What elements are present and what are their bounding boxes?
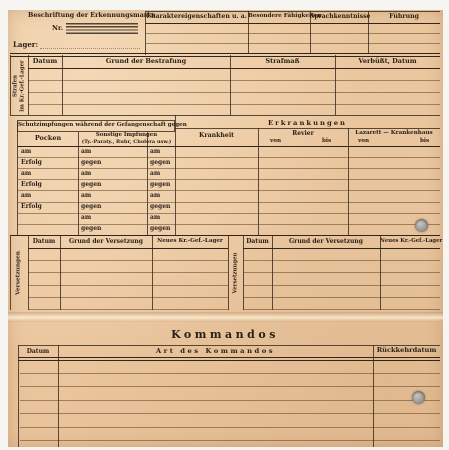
rule <box>348 128 349 235</box>
struck-out-number <box>66 23 138 34</box>
fold-crease <box>8 312 443 322</box>
rule <box>228 235 229 310</box>
rule <box>17 157 440 158</box>
rule <box>20 386 440 387</box>
other-vacc-row-label: am <box>81 214 91 221</box>
rule <box>17 146 440 147</box>
rule <box>28 260 228 261</box>
rule <box>145 23 440 24</box>
pocken-row-label: am <box>21 170 31 177</box>
pocken-row-label: Erfolg <box>21 159 42 166</box>
rule <box>335 55 336 115</box>
rule <box>62 55 63 115</box>
punishments-col-served: Verbüßt, Datum <box>335 58 440 66</box>
rule <box>28 248 228 249</box>
kommandos-col-type: Art des Kommandos <box>58 347 373 355</box>
pocken-row-label: am <box>21 148 31 155</box>
rule <box>145 11 440 12</box>
rule <box>28 92 440 93</box>
rule <box>380 235 381 310</box>
rule <box>17 179 440 180</box>
illnesses-col-revier: Revier <box>258 130 348 137</box>
paper-sheet <box>8 10 443 447</box>
nr-label: Nr. <box>52 25 63 33</box>
illnesses-col-disease: Krankheit <box>175 132 258 139</box>
rule <box>18 360 440 361</box>
rule <box>28 272 228 273</box>
rule <box>20 373 440 374</box>
other-vacc-row-label: am <box>81 192 91 199</box>
pocken-row-label: Erfolg <box>21 203 42 210</box>
revier-von-label: von <box>270 138 281 145</box>
other-vacc-row-label: am <box>150 214 160 221</box>
other-vacc-row-label: gegen <box>81 181 101 188</box>
vaccinations-col-other-1: Sonstige Impfungen <box>78 132 175 138</box>
other-vacc-row-label: am <box>150 192 160 199</box>
punch-hole <box>415 219 428 232</box>
traits-col-languages: Sprachkenntnisse <box>310 13 368 20</box>
rule <box>230 55 231 115</box>
rule <box>10 235 440 236</box>
rule <box>58 345 59 447</box>
other-vacc-row-label: am <box>81 170 91 177</box>
rule <box>10 55 11 115</box>
punch-hole <box>412 391 425 404</box>
lazarett-bis-label: bis <box>420 138 429 145</box>
rule <box>28 55 29 115</box>
other-vacc-row-label: gegen <box>150 203 170 210</box>
rule <box>28 68 440 69</box>
rule <box>10 235 11 310</box>
transfers-left-col-newcamp: Neues Kr.-Gef.-Lager <box>152 238 228 245</box>
pocken-row-label: Erfolg <box>21 181 42 188</box>
rule <box>28 285 228 286</box>
rule <box>28 309 228 310</box>
kommandos-col-return: Rückkehrdatum <box>373 347 440 355</box>
rule <box>20 427 440 428</box>
transfers-right-side-label: Versetzungen <box>228 236 243 309</box>
transfers-left-side-label: Versetzungen <box>10 236 28 309</box>
other-vacc-row-label: gegen <box>81 225 101 232</box>
rule <box>18 345 19 447</box>
rule <box>28 297 228 298</box>
rule <box>152 235 153 310</box>
other-vacc-row-label: am <box>81 148 91 155</box>
rule <box>175 115 176 235</box>
other-vacc-row-label: gegen <box>81 159 101 166</box>
pocken-row-label: am <box>21 192 31 199</box>
rule <box>20 400 440 401</box>
traits-col-abilities: Besondere Fähigkeiten <box>248 13 310 20</box>
other-vacc-row-label: am <box>150 148 160 155</box>
vaccinations-col-other-2: (Ty.-Paraty., Ruhr, Cholera usw.) <box>78 139 175 145</box>
rule <box>145 33 440 34</box>
rule <box>28 80 440 81</box>
rule <box>258 128 259 235</box>
rule <box>20 413 440 414</box>
lazarett-von-label: von <box>358 138 369 145</box>
transfers-left-col-date: Datum <box>28 238 60 245</box>
rule <box>17 202 440 203</box>
rule <box>17 190 440 191</box>
rule <box>147 132 148 235</box>
rule <box>373 345 374 447</box>
illnesses-title: Erkrankungen <box>175 119 440 127</box>
traits-col-character: Charaktereigenschaften u. a. <box>145 13 248 20</box>
punishments-col-date: Datum <box>28 58 62 66</box>
scanned-document: Beschriftung der Erkennungsmarke Nr. Lag… <box>0 0 449 450</box>
transfers-right-col-newcamp: Neues Kr.-Gef.-Lager <box>380 238 440 244</box>
illnesses-col-lazarett: Lazarett — Krankenhaus <box>348 130 440 137</box>
traits-col-conduct: Führung <box>368 13 440 20</box>
other-vacc-row-label: gegen <box>150 159 170 166</box>
rule <box>243 235 244 310</box>
rule <box>17 213 440 214</box>
revier-bis-label: bis <box>322 138 331 145</box>
lager-label: Lager: <box>13 41 38 49</box>
rule <box>28 235 29 310</box>
other-vacc-row-label: gegen <box>150 181 170 188</box>
rule <box>60 235 61 310</box>
rule <box>20 440 440 441</box>
rule <box>17 121 18 235</box>
rule <box>272 235 273 310</box>
rule <box>248 11 249 53</box>
rule <box>17 224 440 225</box>
rule <box>368 11 369 53</box>
id-block-title: Beschriftung der Erkennungsmarke <box>28 12 144 20</box>
punishments-col-sentence: Strafmaß <box>230 58 335 66</box>
transfers-right-col-date: Datum <box>243 238 272 245</box>
kommandos-col-date: Datum <box>18 348 58 355</box>
rule <box>10 115 440 116</box>
kommandos-title: Kommandos <box>120 328 330 341</box>
punishments-side-label: Strafen im Kr.-Gef.-Lager <box>10 56 28 115</box>
transfers-left-col-reason: Grund der Versetzung <box>60 238 152 245</box>
rule <box>145 43 440 44</box>
other-vacc-row-label: gegen <box>150 225 170 232</box>
other-vacc-row-label: gegen <box>81 203 101 210</box>
rule <box>10 53 440 54</box>
rule <box>17 168 440 169</box>
vaccinations-col-pocken: Pocken <box>18 135 78 143</box>
other-vacc-row-label: am <box>150 170 160 177</box>
rule <box>28 104 440 105</box>
lager-fill-line <box>40 41 140 49</box>
rule <box>175 128 440 129</box>
rule <box>18 357 440 358</box>
rule <box>78 132 79 235</box>
punishments-col-reason: Grund der Bestrafung <box>62 58 230 66</box>
rule <box>310 11 311 53</box>
transfers-right-col-reason: Grund der Versetzung <box>272 238 380 245</box>
vaccinations-banner: Schutzimpfungen während der Gefangenscha… <box>18 122 174 129</box>
